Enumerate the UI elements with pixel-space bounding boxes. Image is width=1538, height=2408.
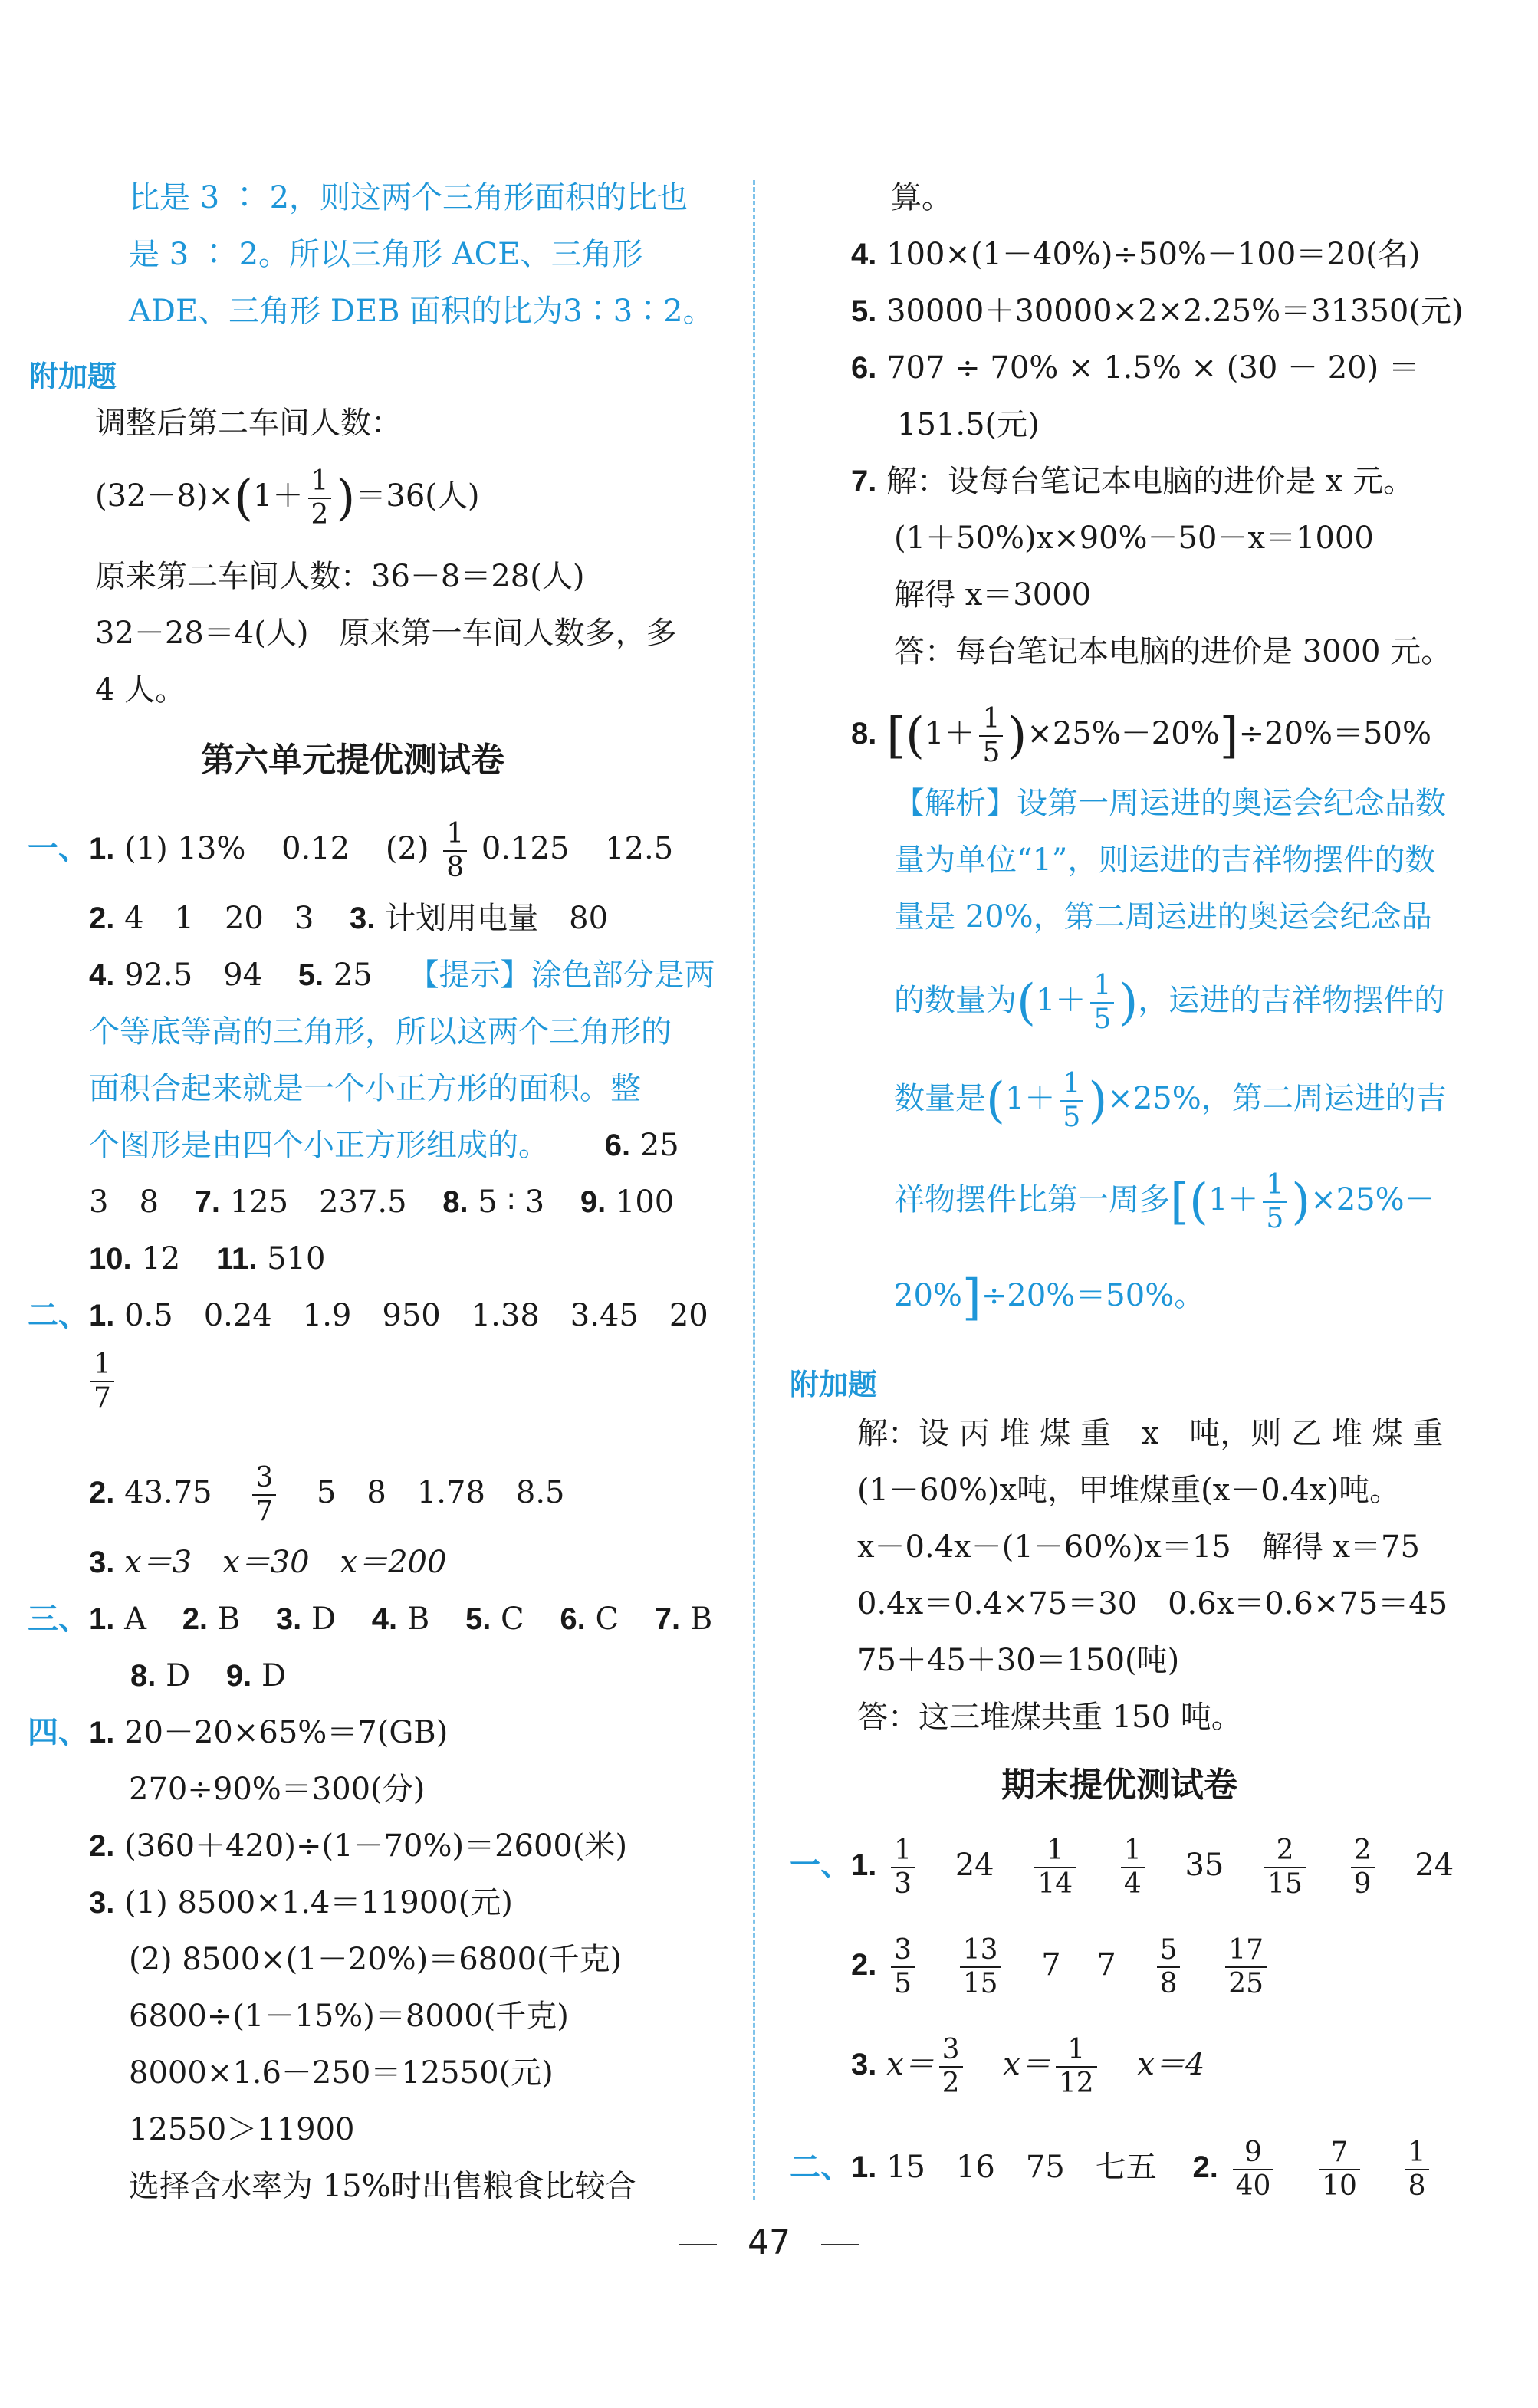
fraction: 37 xyxy=(252,1464,276,1526)
unit6-part4-q1-line2: 270÷90%＝300(分) xyxy=(129,1766,425,1812)
unit6-title: 第六单元提优测试卷 xyxy=(201,732,504,781)
right-q7: 7. 解：设每台笔记本电脑的进价是 x 元。 xyxy=(851,458,1414,504)
fraction: 58 xyxy=(1157,1937,1181,1998)
final-part1-q1: 一、1. 13 24 114 14 35 215 29 24 xyxy=(790,1837,1454,1898)
unit6-part4-q3-line2: (2) 8500×(1－20%)＝6800(千克) xyxy=(129,1937,622,1983)
bonus1-line-1: 调整后第二车间人数： xyxy=(95,400,402,446)
right-q6-cont: 151.5(元) xyxy=(897,402,1040,448)
unit6-part2-q2: 2. 43.75 37 5 8 1.78 8.5 xyxy=(89,1464,565,1526)
hint-line-3-q6: 个图形是由四个小正方形组成的。 6. 25 xyxy=(89,1122,679,1168)
unit6-part2-q1: 二、1. 0.5 0.24 1.9 950 1.38 3.45 20 xyxy=(28,1293,708,1339)
fraction: 15 xyxy=(979,705,1003,767)
right-q4: 4. 100×(1－40%)÷50%－100＝20(名) xyxy=(851,232,1420,278)
column-divider xyxy=(753,180,755,2200)
fraction: 29 xyxy=(1351,1837,1375,1898)
unit6-part4-q3-line6: 选择含水率为 15%时出售粮食比较合 xyxy=(129,2163,636,2209)
fraction: 13 xyxy=(891,1837,915,1898)
bonus2-line-4: 0.4x＝0.4×75＝30 0.6x＝0.6×75＝45 xyxy=(857,1581,1448,1627)
analysis-line-4: 的数量为(1＋15)，运进的吉祥物摆件的 xyxy=(894,972,1444,1033)
analysis-line-2: 量为单位“1”，则运进的吉祥物摆件的数 xyxy=(894,837,1435,883)
unit6-part1-q4-q5: 4. 92.5 94 5. 25 【提示】涂色部分是两 xyxy=(89,952,715,998)
right-q6: 6. 707 ÷ 70% × 1.5% × (30 － 20) ＝ xyxy=(851,345,1419,391)
explanation-line-1: 比是 3 ∶ 2，则这两个三角形面积的比也 xyxy=(129,175,688,221)
fraction: 1315 xyxy=(960,1937,1001,1998)
analysis-line-1: 【解析】设第一周运进的奥运会纪念品数 xyxy=(894,780,1446,826)
bonus2-line-5: 75＋45＋30＝150(吨) xyxy=(857,1638,1179,1684)
unit6-part2-q3: 3. x＝3 x＝30 x＝200 xyxy=(89,1539,446,1585)
hint-line-1: 个等底等高的三角形，所以这两个三角形的 xyxy=(89,1009,672,1055)
dash-right xyxy=(821,2244,859,2245)
fraction: 14 xyxy=(1121,1837,1145,1898)
unit6-part1-q2-q3: 2. 4 1 20 3 3. 计划用电量 80 xyxy=(89,895,608,941)
hint-line-2: 面积合起来就是一个小正方形的面积。整 xyxy=(89,1066,641,1112)
bonus1-line-5: 4 人。 xyxy=(95,667,186,713)
unit6-part1-q1: 一、1. (1) 13% 0.12 (2) 18 0.125 12.5 xyxy=(28,820,673,882)
unit6-part4-q3: 3. (1) 8500×1.4＝11900(元) xyxy=(89,1880,513,1926)
unit6-part4-q3-line3: 6800÷(1－15%)＝8000(千克) xyxy=(129,1993,569,2039)
right-q7-line4: 答：每台笔记本电脑的进价是 3000 元。 xyxy=(894,629,1451,675)
fraction: 940 xyxy=(1233,2139,1274,2200)
hint-text: 【提示】涂色部分是两 xyxy=(408,958,715,993)
unit6-part4-q3-line4: 8000×1.6－250＝12550(元) xyxy=(129,2050,554,2096)
explanation-line-3: ADE、三角形 DEB 面积的比为3∶3∶2。 xyxy=(129,288,714,334)
fraction: 1725 xyxy=(1225,1937,1267,1998)
fraction: 15 xyxy=(1060,1070,1083,1132)
fraction: 114 xyxy=(1034,1837,1076,1898)
analysis-line-3: 量是 20%，第二周运进的奥运会纪念品 xyxy=(894,894,1432,940)
analysis-line-6: 祥物摆件比第一周多[(1＋15)×25%－ xyxy=(894,1171,1435,1233)
fraction: 710 xyxy=(1319,2139,1360,2200)
analysis-line-7: 20%]÷20%＝50%。 xyxy=(894,1273,1204,1321)
fraction: 32 xyxy=(939,2036,963,2098)
right-q8: 8. [(1＋15)×25%－20%]÷20%＝50% xyxy=(851,705,1431,767)
page-number: 47 xyxy=(0,2223,1538,2262)
fraction: 18 xyxy=(443,820,467,882)
fraction: 15 xyxy=(1090,972,1114,1033)
bonus1-line-4: 32－28＝4(人) 原来第一车间人数多，多 xyxy=(95,610,676,656)
fraction: 17 xyxy=(90,1351,114,1412)
unit6-part4-q2: 2. (360＋420)÷(1－70%)＝2600(米) xyxy=(89,1823,627,1869)
final-part1-q3: 3. x＝32 x＝112 x＝4 xyxy=(851,2036,1204,2098)
bonus2-line-2: (1－60%)x吨，甲堆煤重(x－0.4x)吨。 xyxy=(857,1467,1400,1513)
right-q7-line3: 解得 x＝3000 xyxy=(894,572,1091,618)
analysis-line-5: 数量是(1＋15)×25%，第二周运进的吉 xyxy=(894,1070,1447,1132)
fraction: 15 xyxy=(1263,1171,1287,1233)
bonus2-line-1: 解：设 丙 堆 煤 重 x 吨，则 乙 堆 煤 重 xyxy=(857,1411,1443,1457)
unit6-part1-q6-q9: 3 8 7. 125 237.5 8. 5 ∶ 3 9. 100 xyxy=(89,1179,674,1225)
fraction: 112 xyxy=(1056,2036,1097,2098)
unit6-part3-row1: 三、1. A 2. B 3. D 4. B 5. C 6. C 7. B xyxy=(28,1596,712,1642)
unit6-part2-q1-fraction: 17 xyxy=(86,1351,119,1412)
fraction: 18 xyxy=(1405,2139,1429,2200)
right-cont: 算。 xyxy=(891,175,952,221)
final-part1-q2: 2. 35 1315 7 7 58 1725 xyxy=(851,1937,1271,1998)
final-part2: 二、1. 15 16 75 七五 2. 940 710 18 xyxy=(790,2139,1434,2200)
unit6-part4-q1: 四、1. 20－20×65%＝7(GB) xyxy=(28,1710,448,1756)
unit6-part1-q10-q11: 10. 12 11. 510 xyxy=(89,1236,325,1282)
bonus-heading-2: 附加题 xyxy=(790,1361,877,1403)
bonus1-line-3: 原来第二车间人数：36－8＝28(人) xyxy=(95,554,584,600)
fraction: 215 xyxy=(1264,1837,1306,1898)
fraction: 35 xyxy=(891,1937,915,1998)
unit6-part3-row2: 8. D 9. D xyxy=(130,1653,286,1699)
final-exam-title: 期末提优测试卷 xyxy=(1001,1757,1237,1806)
bonus2-line-6: 答：这三堆煤共重 150 吨。 xyxy=(857,1694,1242,1740)
explanation-line-2: 是 3 ∶ 2。所以三角形 ACE、三角形 xyxy=(129,232,642,278)
right-q7-line2: (1＋50%)x×90%－50－x＝1000 xyxy=(894,515,1374,561)
dash-left xyxy=(679,2244,717,2245)
fraction: 12 xyxy=(308,468,332,529)
bonus1-equation: (32－8)×(1＋12)＝36(人) xyxy=(95,468,479,529)
right-q5: 5. 30000＋30000×2×2.25%＝31350(元) xyxy=(851,288,1464,334)
bonus2-line-3: x－0.4x－(1－60%)x＝15 解得 x＝75 xyxy=(857,1524,1420,1570)
unit6-part4-q3-line5: 12550＞11900 xyxy=(129,2107,355,2153)
bonus-heading-1: 附加题 xyxy=(29,353,117,395)
